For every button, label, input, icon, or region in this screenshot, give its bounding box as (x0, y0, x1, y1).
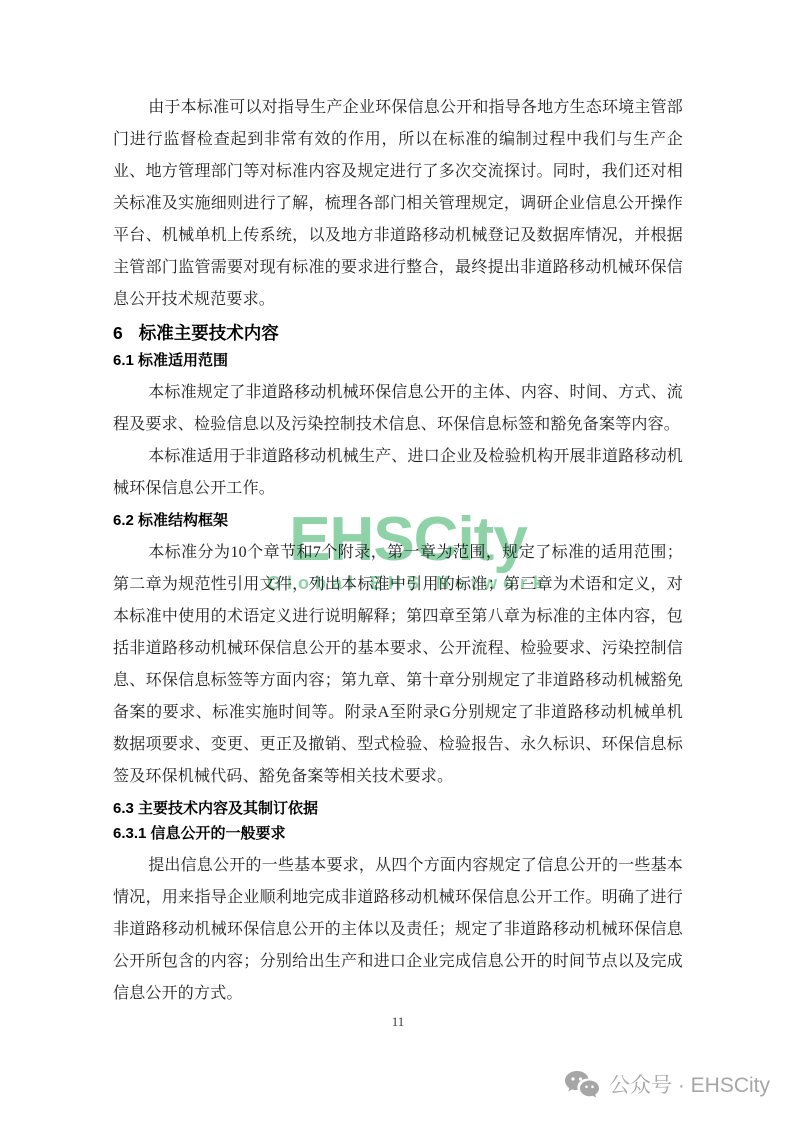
wechat-icon (564, 1070, 600, 1101)
subsection-heading-6-1: 6.1 标准适用范围 (113, 352, 683, 370)
section-title: 标准主要技术内容 (139, 323, 279, 343)
document-content: 由于本标准可以对指导生产企业环保信息公开和指导各地方生态环境主管部门进行监督检查… (0, 0, 794, 1030)
paragraph-6-1-applicability: 本标准适用于非道路移动机械生产、进口企业及检验机构开展非道路移动机械环保信息公开… (113, 441, 683, 505)
document-page: { "colors": { "watermark_green": "#8fd2a… (0, 0, 794, 1123)
page-number: 11 (113, 1014, 683, 1030)
wechat-account-label: 公众号 · EHSCity (609, 1071, 770, 1101)
section-number: 6 (113, 322, 123, 344)
paragraph-6-1-scope: 本标准规定了非道路移动机械环保信息公开的主体、内容、时间、方式、流程及要求、检验… (113, 377, 683, 441)
paragraph-6-3-1-requirements: 提出信息公开的一些基本要求，从四个方面内容规定了信息公开的一些基本情况，用来指导… (113, 850, 683, 1010)
subsection-heading-6-2: 6.2 标准结构框架 (113, 512, 683, 530)
wechat-footer: 公众号 · EHSCity (564, 1070, 770, 1101)
subsection-heading-6-3-1: 6.3.1 信息公开的一般要求 (113, 825, 683, 843)
paragraph-6-2-structure: 本标准分为10个章节和7个附录，第一章为范围，规定了标准的适用范围；第二章为规范… (113, 537, 683, 793)
section-heading-6: 6标准主要技术内容 (113, 322, 683, 344)
subsection-heading-6-3: 6.3 主要技术内容及其制订依据 (113, 800, 683, 818)
paragraph-intro: 由于本标准可以对指导生产企业环保信息公开和指导各地方生态环境主管部门进行监督检查… (113, 92, 683, 316)
